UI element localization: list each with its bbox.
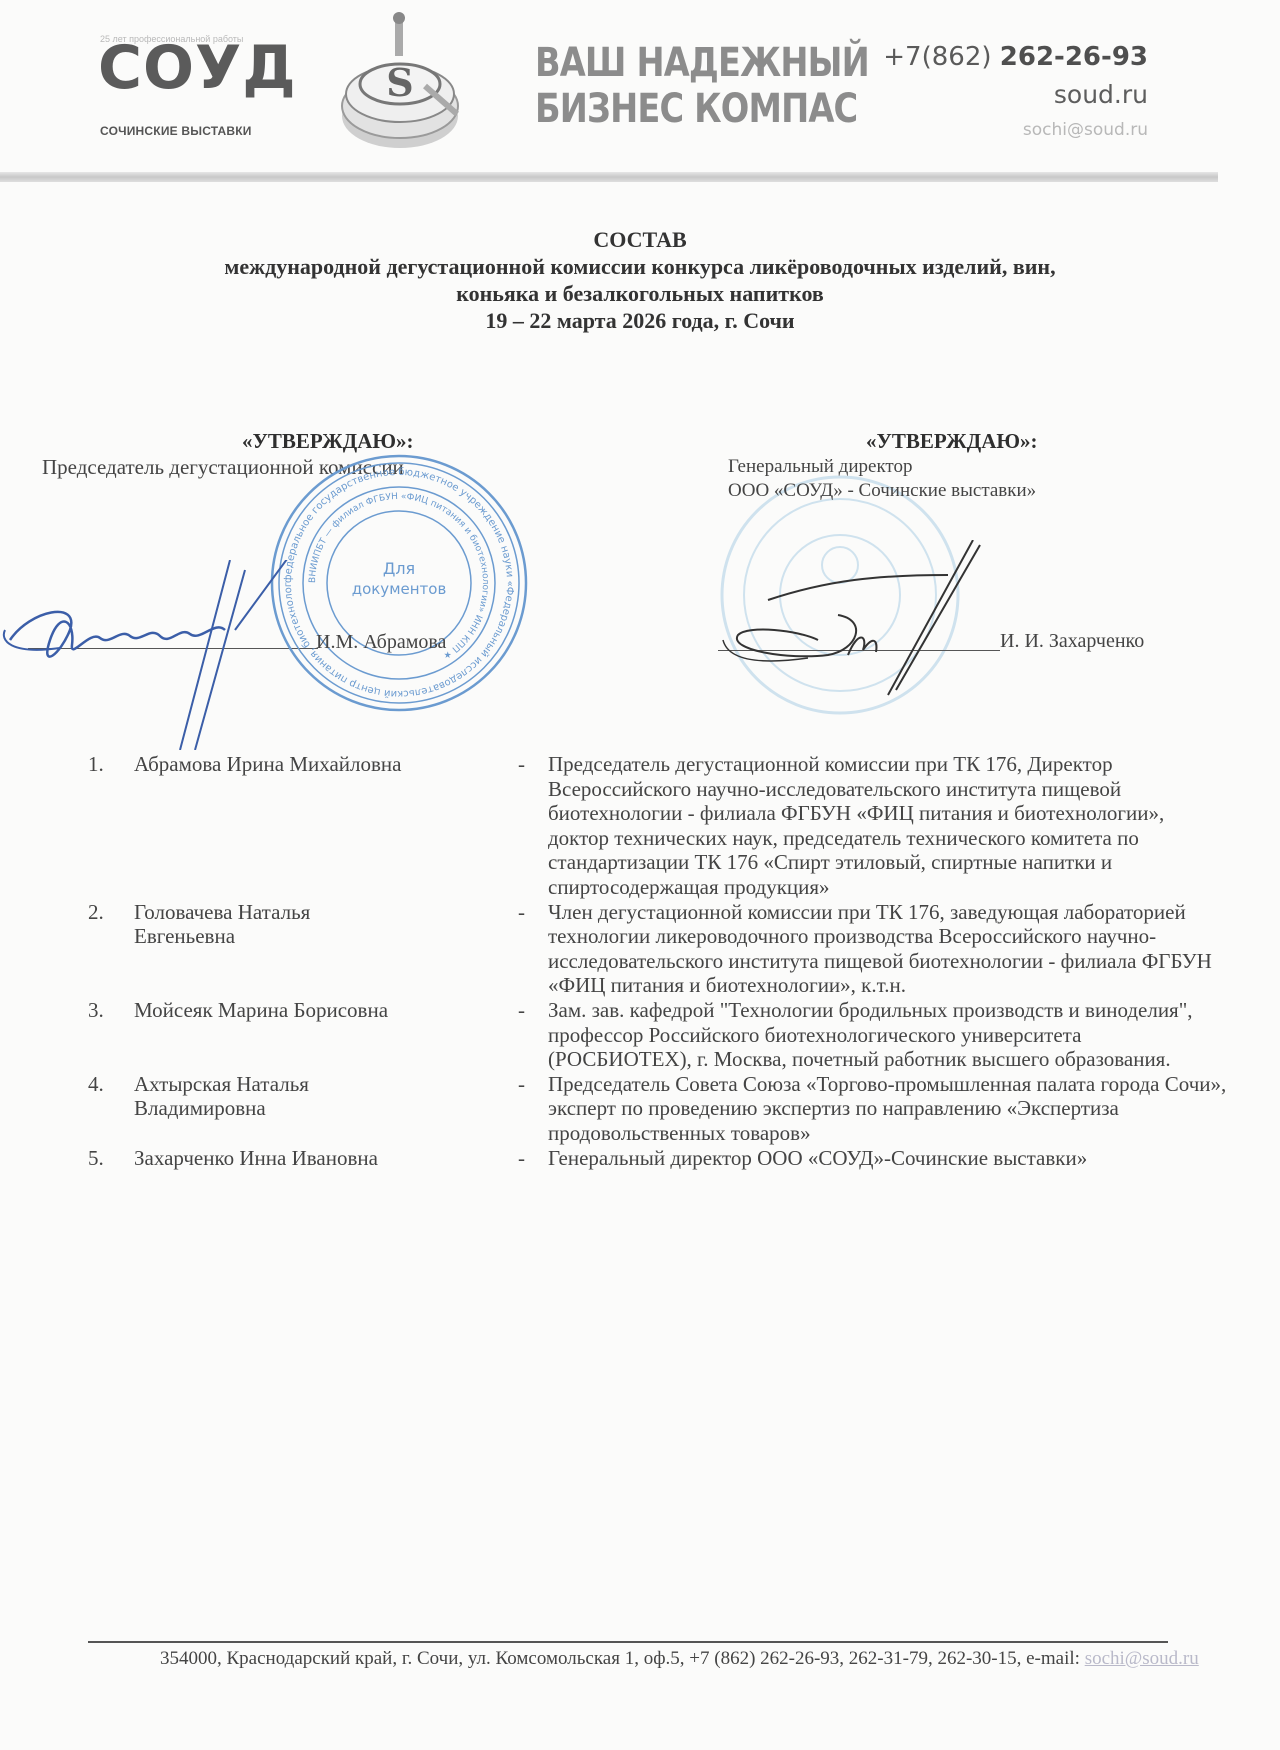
signature-left-icon — [0, 560, 340, 750]
footer-email-link[interactable]: sochi@soud.ru — [1085, 1648, 1199, 1669]
list-item: 2. Головачева Наталья Евгеньевна - Член … — [88, 900, 1238, 998]
title-heading: СОСТАВ — [80, 226, 1200, 253]
member-dash: - — [514, 1146, 548, 1171]
member-dash: - — [514, 998, 548, 1023]
member-name: Мойсеяк Марина Борисовна — [134, 998, 514, 1023]
approval-right-role: Генеральный директор ООО «СОУД» - Сочинс… — [728, 455, 1036, 503]
member-description: Председатель Совета Союза «Торгово-промы… — [548, 1072, 1228, 1146]
list-item: 1. Абрамова Ирина Михайловна - Председат… — [88, 752, 1238, 900]
member-description: Председатель дегустационной комиссии при… — [548, 752, 1228, 900]
title-line-3: 19 – 22 марта 2026 года, г. Сочи — [80, 307, 1200, 334]
phone-prefix: +7(862) — [883, 42, 1000, 72]
approval-left-heading: «УТВЕРЖДАЮ»: — [242, 429, 414, 454]
footer-address-text: 354000, Краснодарский край, г. Сочи, ул.… — [160, 1648, 1085, 1669]
member-number: 2. — [88, 900, 134, 925]
member-dash: - — [514, 752, 548, 777]
member-name: Ахтырская Наталья Владимировна — [134, 1072, 394, 1121]
member-dash: - — [514, 1072, 548, 1097]
phone-number: 262-26-93 — [1000, 42, 1148, 72]
member-description: Зам. зав. кафедрой "Технологии бродильны… — [548, 998, 1228, 1072]
letterhead-email[interactable]: sochi@soud.ru — [1023, 120, 1148, 140]
slogan-line-1: ВАШ НАДЕЖНЫЙ — [535, 40, 869, 86]
member-number: 4. — [88, 1072, 134, 1097]
compass-logo-icon: S — [335, 6, 465, 156]
member-name: Захарченко Инна Ивановна — [134, 1146, 514, 1171]
approval-right-heading: «УТВЕРЖДАЮ»: — [866, 429, 1038, 454]
approval-right-role-line-1: Генеральный директор — [728, 455, 1036, 479]
list-item: 5. Захарченко Инна Ивановна - Генеральны… — [88, 1146, 1238, 1171]
svg-text:S: S — [386, 60, 413, 105]
member-description: Член дегустационной комиссии при ТК 176,… — [548, 900, 1228, 998]
list-item: 3. Мойсеяк Марина Борисовна - Зам. зав. … — [88, 998, 1238, 1072]
member-description: Генеральный директор ООО «СОУД»-Сочински… — [548, 1146, 1228, 1171]
footer-address: 354000, Краснодарский край, г. Сочи, ул.… — [160, 1646, 1220, 1672]
approval-right-role-line-2: ООО «СОУД» - Сочинские выставки» — [728, 479, 1036, 503]
company-logo-subtitle: СОЧИНСКИЕ ВЫСТАВКИ — [100, 124, 252, 138]
title-line-1: международной дегустационной комиссии ко… — [80, 253, 1200, 280]
member-dash: - — [514, 900, 548, 925]
letterhead-phone: +7(862) 262-26-93 — [883, 42, 1148, 72]
document-title: СОСТАВ международной дегустационной коми… — [80, 226, 1200, 334]
stamp-text-line-1: Для — [383, 559, 415, 578]
list-item: 4. Ахтырская Наталья Владимировна - Пред… — [88, 1072, 1238, 1146]
company-logo: СОУД — [98, 38, 297, 98]
member-name: Головачева Наталья Евгеньевна — [134, 900, 394, 949]
stamp-text-line-2: документов — [352, 580, 447, 598]
member-number: 5. — [88, 1146, 134, 1171]
members-list: 1. Абрамова Ирина Михайловна - Председат… — [88, 752, 1238, 1170]
slogan-line-2: БИЗНЕС КОМПАС — [535, 86, 869, 132]
member-name: Абрамова Ирина Михайловна — [134, 752, 514, 777]
member-number: 1. — [88, 752, 134, 777]
approval-right-name: И. И. Захарченко — [1000, 630, 1144, 653]
letterhead-website[interactable]: soud.ru — [1054, 80, 1148, 109]
footer-divider — [88, 1641, 1168, 1643]
member-number: 3. — [88, 998, 134, 1023]
signature-right-icon — [718, 540, 1008, 700]
slogan: ВАШ НАДЕЖНЫЙ БИЗНЕС КОМПАС — [535, 40, 869, 132]
title-line-2: коньяка и безалкогольных напитков — [80, 280, 1200, 307]
letterhead-divider — [0, 172, 1218, 182]
